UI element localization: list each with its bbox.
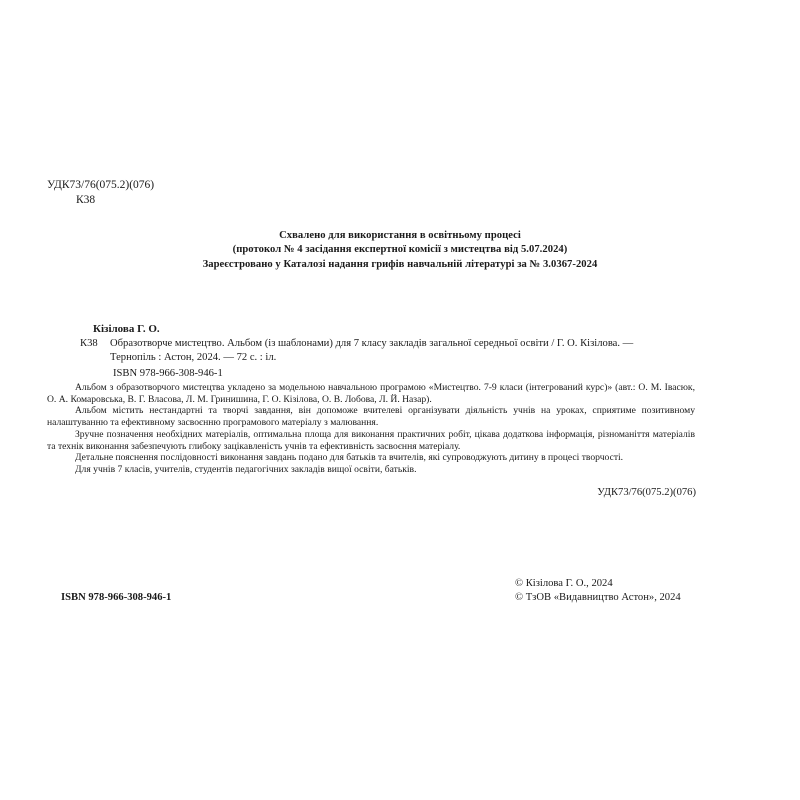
udk-code-bottom: УДК73/76(075.2)(076) — [597, 486, 696, 500]
annotation-paragraph: Детальне пояснення послідовності виконан… — [47, 452, 695, 464]
annotation-block: Альбом з образотворчого мистецтва укладе… — [47, 382, 695, 476]
annotation-paragraph: Альбом містить нестандартні та творчі за… — [47, 405, 695, 428]
approval-protocol-line: (протокол № 4 засідання експертної коміс… — [0, 243, 800, 257]
annotation-paragraph: Зручне позначення необхідних матеріалів,… — [47, 429, 695, 452]
catalog-imprint: Тернопіль : Астон, 2024. — 72 с. : іл. — [110, 351, 276, 365]
approval-line: Схвалено для використання в освітньому п… — [0, 229, 800, 243]
copyright-publisher: © ТзОВ «Видавництво Астон», 2024 — [515, 591, 681, 605]
catalog-title: Образотворче мистецтво. Альбом (із шабло… — [110, 337, 633, 351]
annotation-paragraph: Альбом з образотворчого мистецтва укладе… — [47, 382, 695, 405]
annotation-paragraph: Для учнів 7 класів, учителів, студентів … — [47, 464, 695, 476]
footer-isbn: ISBN 978-966-308-946-1 — [61, 591, 171, 605]
approval-block: Схвалено для використання в освітньому п… — [0, 229, 800, 272]
author-mark-top: К38 — [76, 193, 95, 208]
copyright-author: © Кізілова Г. О., 2024 — [515, 577, 613, 591]
catalog-isbn: ISBN 978-966-308-946-1 — [113, 367, 223, 381]
catalog-author: Кізілова Г. О. — [93, 322, 160, 336]
udk-code-top: УДК73/76(075.2)(076) — [47, 178, 154, 193]
catalog-author-mark: К38 — [80, 337, 98, 351]
registration-line: Зареєстровано у Каталозі надання грифів … — [0, 258, 800, 272]
